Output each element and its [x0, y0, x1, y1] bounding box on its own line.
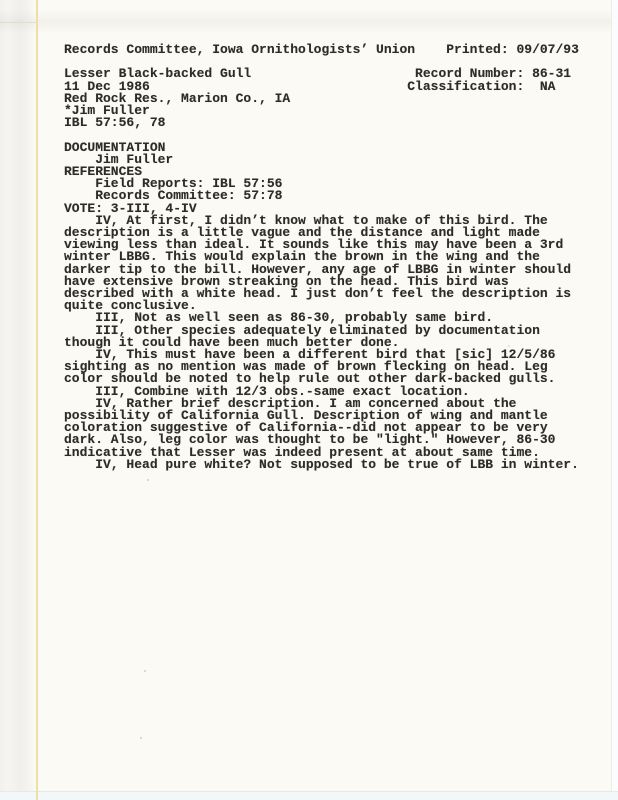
classification: Classification: NA — [407, 81, 555, 93]
header-line: Records Committee, Iowa Ornithologists’ … — [64, 44, 579, 56]
scan-speck — [147, 479, 149, 481]
typewritten-text-block: Records Committee, Iowa Ornithologists’ … — [64, 44, 579, 471]
ibl-citation-line: IBL 57:56, 78 — [64, 117, 579, 129]
scan-speck — [140, 737, 142, 739]
scan-bottom-edge — [0, 791, 618, 800]
printed-date: Printed: 09/07/93 — [446, 44, 579, 56]
committee-title: Records Committee, Iowa Ornithologists’ … — [64, 42, 415, 57]
scan-speck — [144, 670, 146, 672]
scan-top-shadow — [0, 10, 618, 34]
scanned-document-page: Records Committee, Iowa Ornithologists’ … — [0, 0, 618, 800]
scan-right-edge — [611, 0, 618, 800]
paper-fold-line — [36, 0, 38, 800]
scan-left-margin-shadow — [0, 0, 35, 800]
comment-line: IV, Head pure white? Not supposed to be … — [64, 459, 579, 471]
